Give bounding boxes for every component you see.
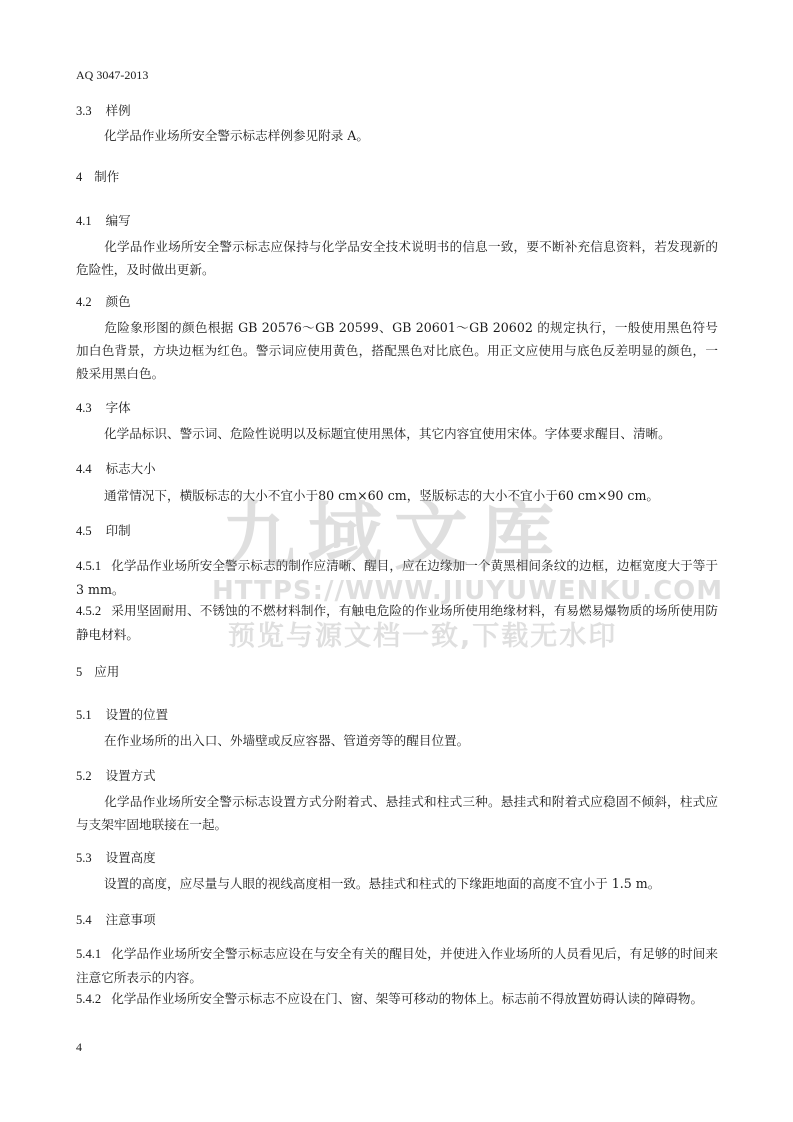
clause-4-5-2: 4.5.2采用坚固耐用、不锈蚀的不燃材料制作，有触电危险的作业场所使用绝缘材料，… xyxy=(76,599,718,646)
heading-5-1: 5.1设置的位置 xyxy=(76,705,168,723)
heading-5-4: 5.4注意事项 xyxy=(76,910,156,928)
page-number: 4 xyxy=(76,1040,82,1055)
standard-code: AQ 3047-2013 xyxy=(76,68,148,83)
heading-4-1: 4.1编写 xyxy=(76,211,131,229)
heading-4-4: 4.4标志大小 xyxy=(76,459,156,477)
heading-4-3: 4.3字体 xyxy=(76,398,131,416)
paragraph-4-4: 通常情况下，横版标志的大小不宜小于80 cm×60 cm，竖版标志的大小不宜小于… xyxy=(76,484,718,507)
heading-4-2: 4.2颜色 xyxy=(76,292,131,310)
heading-title: 样例 xyxy=(106,103,131,118)
paragraph-5-3: 设置的高度，应尽量与人眼的视线高度相一致。悬挂式和柱式的下缘距地面的高度不宜小于… xyxy=(76,872,718,895)
document-page: AQ 3047-2013 3.3样例 化学品作业场所安全警示标志样例参见附录 A… xyxy=(0,0,793,1122)
paragraph-4-2: 危险象形图的颜色根据 GB 20576～GB 20599、GB 20601～GB… xyxy=(76,316,718,385)
paragraph-3-3: 化学品作业场所安全警示标志样例参见附录 A。 xyxy=(76,124,718,147)
heading-5-2: 5.2设置方式 xyxy=(76,766,156,784)
clause-4-5-1: 4.5.1化学品作业场所安全警示标志的制作应清晰、醒目，应在边缘加一个黄黑相间条… xyxy=(76,554,718,601)
clause-5-4-1: 5.4.1化学品作业场所安全警示标志应设在与安全有关的醒目处，并使进入作业场所的… xyxy=(76,942,718,989)
heading-5: 5应用 xyxy=(76,662,119,680)
paragraph-5-2: 化学品作业场所安全警示标志设置方式分附着式、悬挂式和柱式三种。悬挂式和附着式应稳… xyxy=(76,790,718,836)
clause-5-4-2: 5.4.2化学品作业场所安全警示标志不应设在门、窗、架等可移动的物体上。标志前不… xyxy=(76,987,718,1011)
heading-4-5: 4.5印制 xyxy=(76,521,131,539)
heading-5-3: 5.3设置高度 xyxy=(76,848,156,866)
paragraph-4-3: 化学品标识、警示词、危险性说明以及标题宜使用黑体，其它内容宜使用宋体。字体要求醒… xyxy=(76,422,718,445)
heading-number: 3.3 xyxy=(76,104,92,119)
paragraph-5-1: 在作业场所的出入口、外墙壁或反应容器、管道旁等的醒目位置。 xyxy=(76,729,718,752)
heading-4: 4制作 xyxy=(76,167,119,185)
heading-3-3: 3.3样例 xyxy=(76,101,131,119)
paragraph-4-1: 化学品作业场所安全警示标志应保持与化学品安全技术说明书的信息一致，要不断补充信息… xyxy=(76,235,718,281)
